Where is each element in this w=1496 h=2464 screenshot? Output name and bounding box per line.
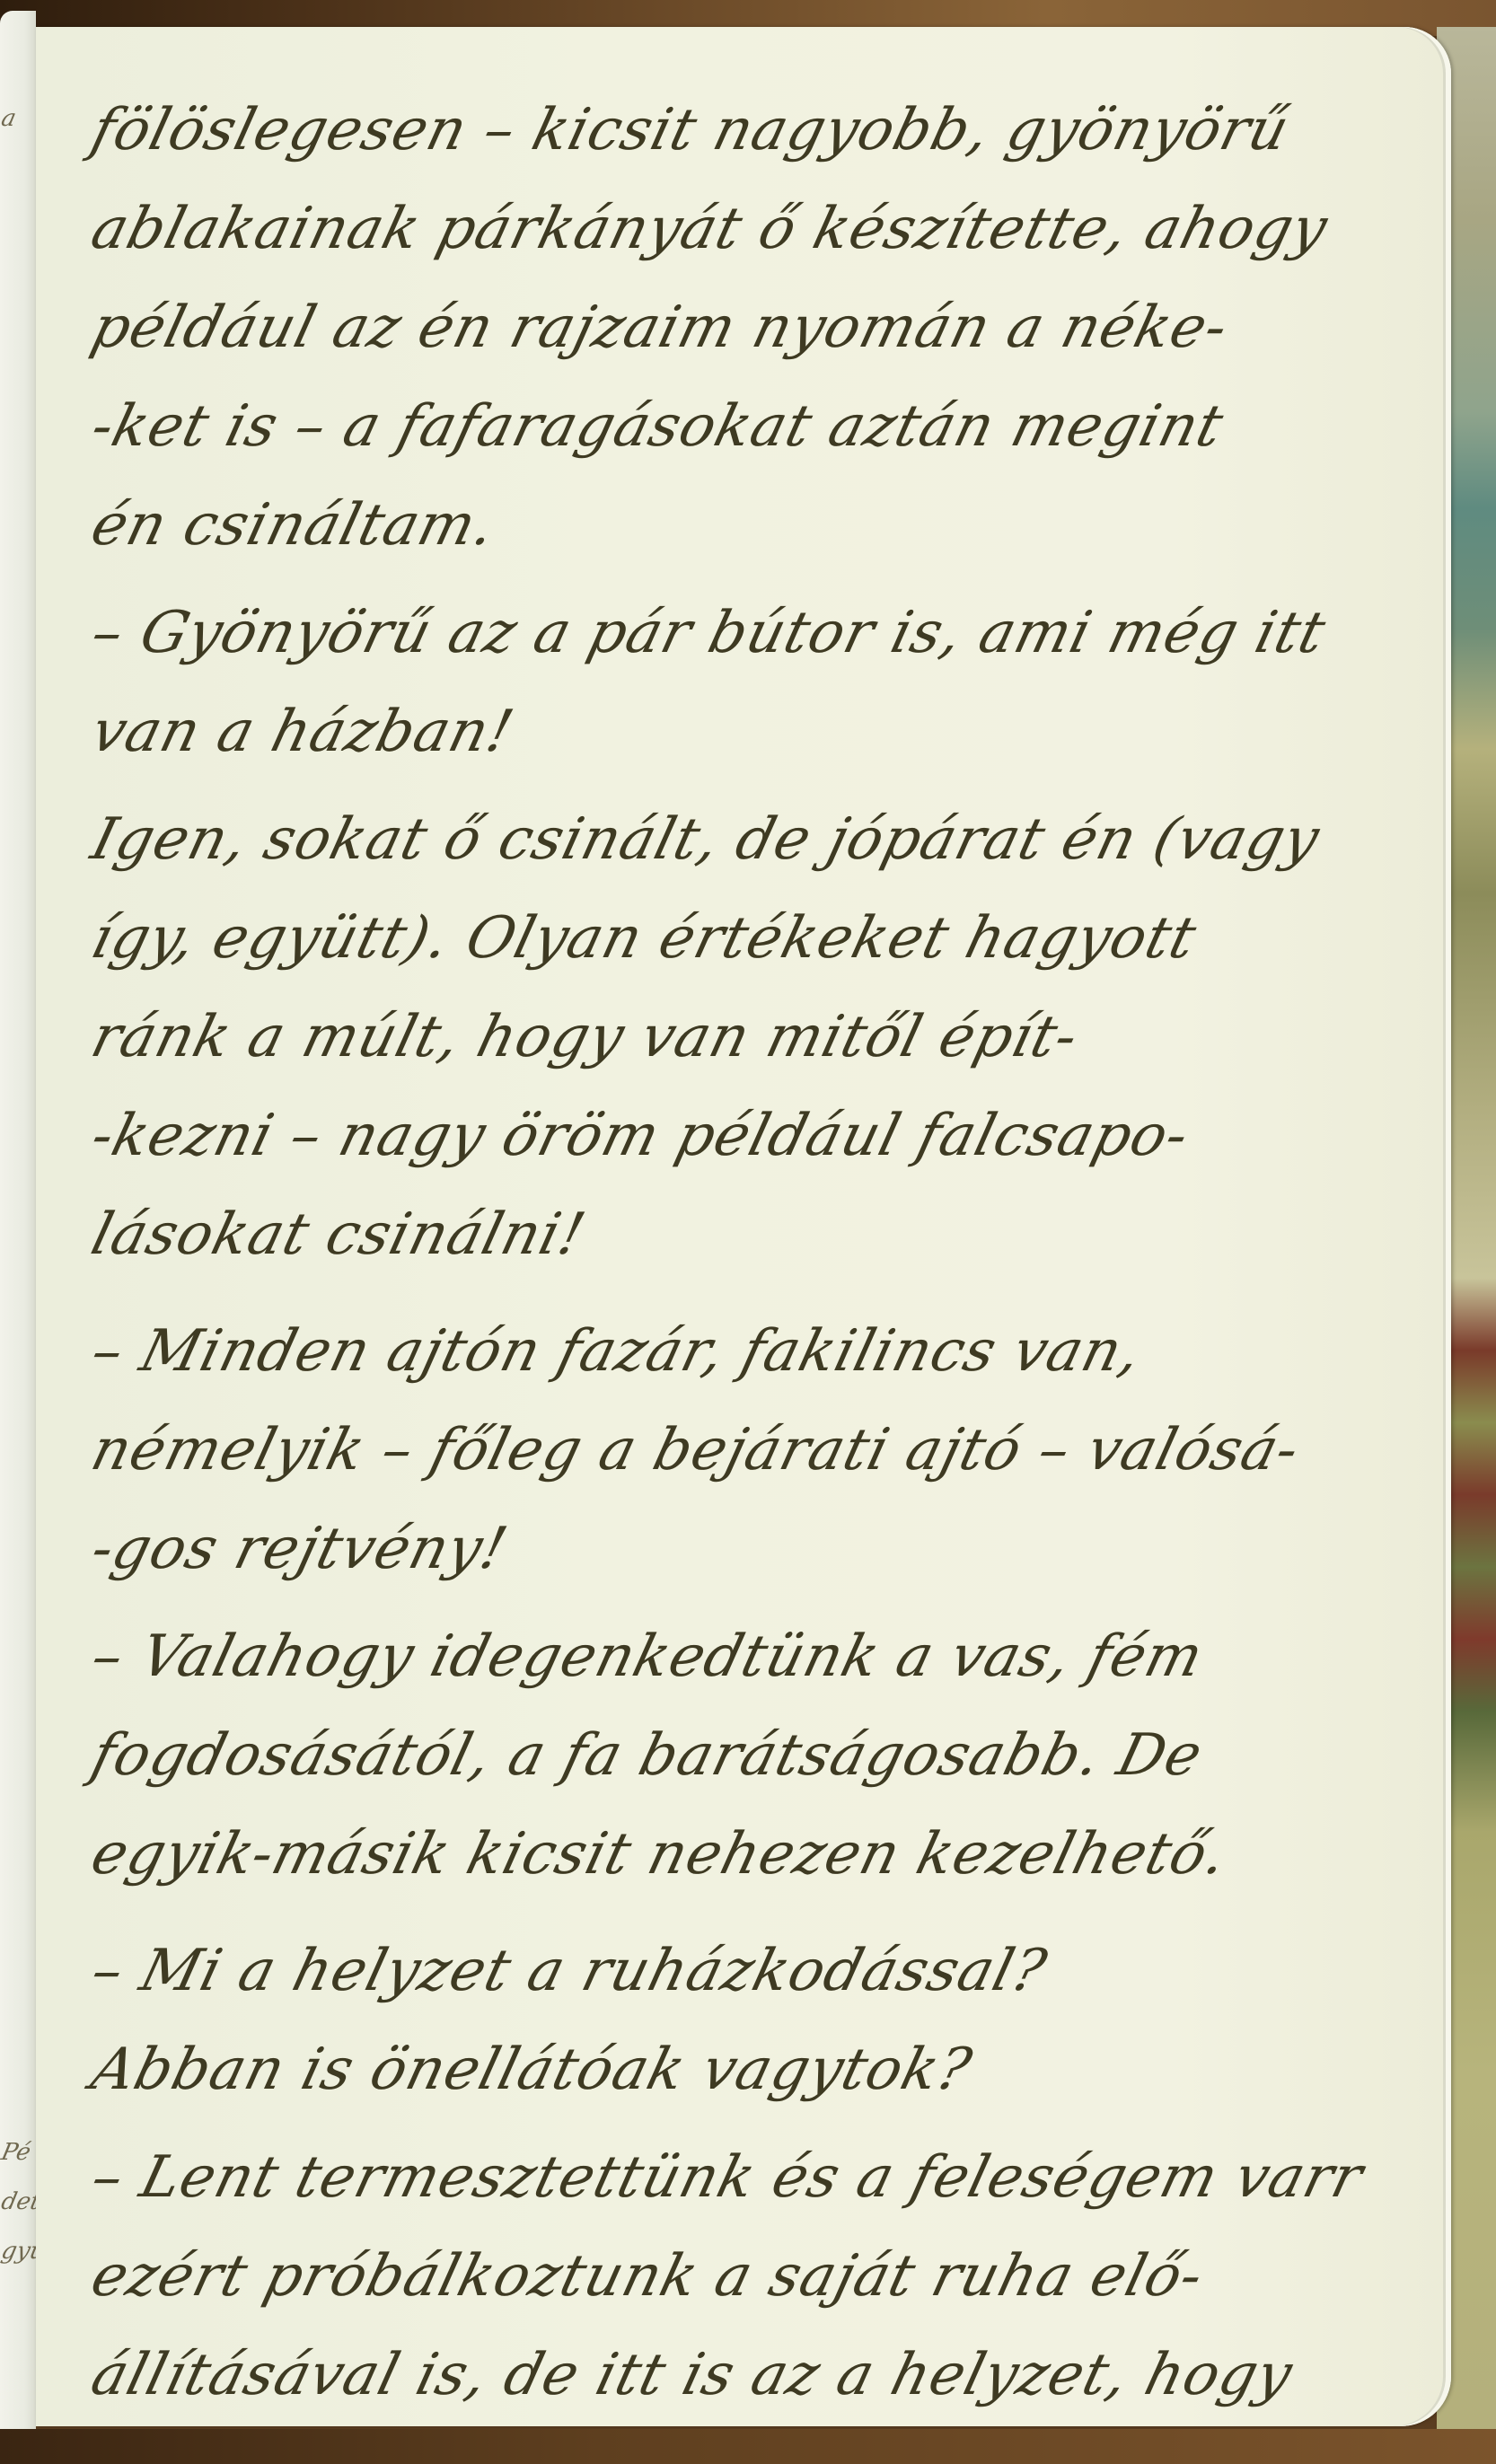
text-line: – Valahogy idegenkedtünk a vas, fém [81, 1607, 1425, 1706]
text-line: – Lent termesztettünk és a feleségem var… [81, 2128, 1425, 2227]
paragraph: – Valahogy idegenkedtünk a vas, fém fogd… [81, 1607, 1401, 1904]
left-page-fragment: a [0, 105, 19, 132]
text-line: – Mi a helyzet a ruházkodással? [81, 1922, 1425, 2020]
text-line: van a házban! [81, 682, 1425, 781]
wooden-table-bottom [0, 2429, 1496, 2464]
text-line: -kezni – nagy öröm például falcsapo- [81, 1087, 1425, 1185]
text-line: ezért próbálkoztunk a saját ruha elő- [81, 2227, 1425, 2326]
text-line: Abban is önellátóak vagytok? [81, 2020, 1425, 2119]
text-line: Igen, sokat ő csinált, de jópárat én (va… [81, 790, 1425, 889]
text-line: én csináltam. [81, 476, 1425, 575]
previous-page-edge: a Pé det gyuk [0, 11, 36, 2432]
notebook-page: fölöslegesen – kicsit nagyobb, gyönyörű … [36, 27, 1451, 2426]
paragraph: Igen, sokat ő csinált, de jópárat én (va… [81, 790, 1401, 1284]
text-line: például az én rajzaim nyomán a néke- [81, 278, 1425, 377]
text-line: – Minden ajtón fazár, fakilincs van, [81, 1302, 1425, 1401]
left-page-fragment: Pé [0, 2139, 33, 2166]
paragraph: fölöslegesen – kicsit nagyobb, gyönyörű … [81, 81, 1401, 575]
text-line: állításával is, de itt is az a helyzet, … [81, 2326, 1425, 2424]
text-line: ránk a múlt, hogy van mitől épít- [81, 988, 1425, 1087]
text-line: némelyik – főleg a bejárati ajtó – valós… [81, 1401, 1425, 1500]
text-line: -ket is – a fafaragásokat aztán megint [81, 377, 1425, 476]
text-line: lásokat csinálni! [81, 1185, 1425, 1284]
paragraph: – Minden ajtón fazár, fakilincs van, ném… [81, 1302, 1401, 1598]
text-line: – Gyönyörű az a pár bútor is, ami még it… [81, 584, 1425, 682]
text-line: így, együtt). Olyan értékeket hagyott [81, 889, 1425, 988]
text-line: ablakainak párkányát ő készítette, ahogy [81, 180, 1425, 278]
text-line: -gos rejtvény! [81, 1500, 1425, 1598]
paragraph: – Lent termesztettünk és a feleségem var… [81, 2128, 1401, 2424]
paragraph: – Mi a helyzet a ruházkodással? Abban is… [81, 1922, 1401, 2119]
text-line: fölöslegesen – kicsit nagyobb, gyönyörű [81, 81, 1425, 180]
handwritten-text: fölöslegesen – kicsit nagyobb, gyönyörű … [81, 81, 1401, 2424]
text-line: egyik-másik kicsit nehezen kezelhető. [81, 1805, 1425, 1904]
paragraph: – Gyönyörű az a pár bútor is, ami még it… [81, 584, 1401, 781]
text-line: fogdosásától, a fa barátságosabb. De [81, 1706, 1425, 1805]
